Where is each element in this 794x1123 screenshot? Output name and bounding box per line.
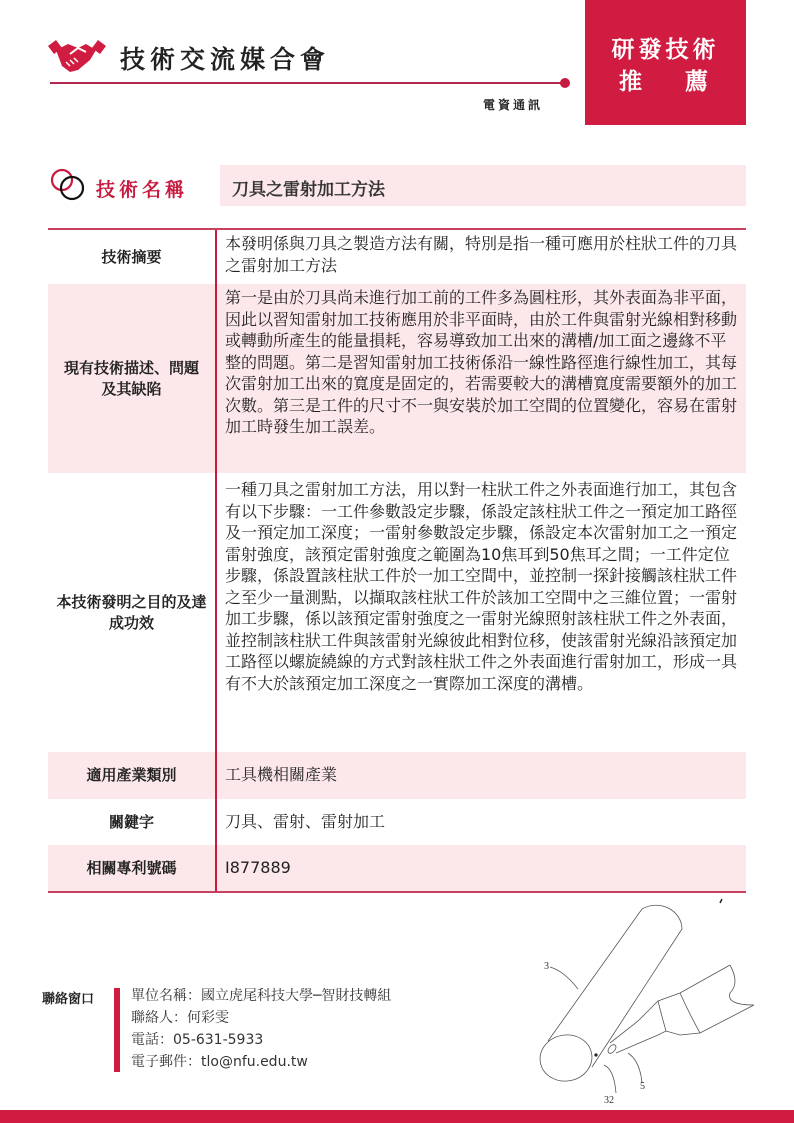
tech-name-value: 刀具之雷射加工方法: [220, 165, 746, 206]
contact-phone: 電話：05-631-5933: [131, 1029, 391, 1051]
row-value: 本發明係與刀具之製造方法有關，特別是指一種可應用於柱狀工件的刀具之雷射加工方法: [217, 230, 746, 284]
event-title: 技術交流媒合會: [120, 40, 330, 76]
row-label: 適用產業類別: [48, 752, 217, 799]
drawing-label-32: 32: [604, 1095, 614, 1106]
contact-email[interactable]: 電子郵件：tlo@nfu.edu.tw: [131, 1051, 391, 1073]
row-value: 一種刀具之雷射加工方法，用以對一柱狀工件之外表面進行加工，其包含有以下步驟：一工…: [217, 473, 746, 752]
tech-info-table: 技術摘要 本發明係與刀具之製造方法有關，特別是指一種可應用於柱狀工件的刀具之雷射…: [48, 228, 746, 893]
row-value: 第一是由於刀具尚未進行加工前的工件多為圓柱形，其外表面為非平面，因此以習知雷射加…: [217, 284, 746, 473]
table-row-industry: 適用產業類別 工具機相關產業: [48, 752, 746, 799]
badge-line-2: 推 薦: [585, 66, 746, 98]
header-divider: [50, 82, 565, 84]
row-value: I877889: [217, 845, 746, 891]
patent-drawing: 3 5 32: [530, 893, 760, 1108]
drawing-label-5: 5: [640, 1081, 645, 1092]
tech-name-label: 技術名稱: [96, 175, 188, 202]
drawing-label-3: 3: [544, 961, 549, 972]
row-label: 相關專利號碼: [48, 845, 217, 891]
contact-details: 單位名稱：國立虎尾科技大學─智財技轉組 聯絡人：何彩雯 電話：05-631-59…: [131, 985, 391, 1073]
footer-bar: [0, 1110, 794, 1123]
row-label: 本技術發明之目的及達成功效: [48, 473, 217, 752]
recommend-badge: 研發技術 推 薦: [585, 0, 746, 125]
badge-line-1: 研發技術: [585, 34, 746, 66]
row-label: 現有技術描述、問題及其缺陷: [48, 284, 217, 473]
table-row-prior-art: 現有技術描述、問題及其缺陷 第一是由於刀具尚未進行加工前的工件多為圓柱形，其外表…: [48, 284, 746, 473]
table-row-keywords: 關鍵字 刀具、雷射、雷射加工: [48, 799, 746, 845]
handshake-icon: [48, 38, 106, 74]
category-label: 電資通訊: [483, 96, 543, 113]
contact-person: 聯絡人：何彩雯: [131, 1007, 391, 1029]
rings-icon: [49, 167, 89, 203]
contact-accent-bar: [114, 988, 120, 1072]
row-value: 刀具、雷射、雷射加工: [217, 799, 746, 845]
row-value: 工具機相關產業: [217, 752, 746, 799]
table-row-abstract: 技術摘要 本發明係與刀具之製造方法有關，特別是指一種可應用於柱狀工件的刀具之雷射…: [48, 230, 746, 284]
contact-unit: 單位名稱：國立虎尾科技大學─智財技轉組: [131, 985, 391, 1007]
row-label: 關鍵字: [48, 799, 217, 845]
table-row-patent: 相關專利號碼 I877889: [48, 845, 746, 891]
contact-label: 聯絡窗口: [42, 988, 94, 1007]
table-row-purpose: 本技術發明之目的及達成功效 一種刀具之雷射加工方法，用以對一柱狀工件之外表面進行…: [48, 473, 746, 752]
row-label: 技術摘要: [48, 230, 217, 284]
header-divider-dot: [560, 78, 570, 88]
